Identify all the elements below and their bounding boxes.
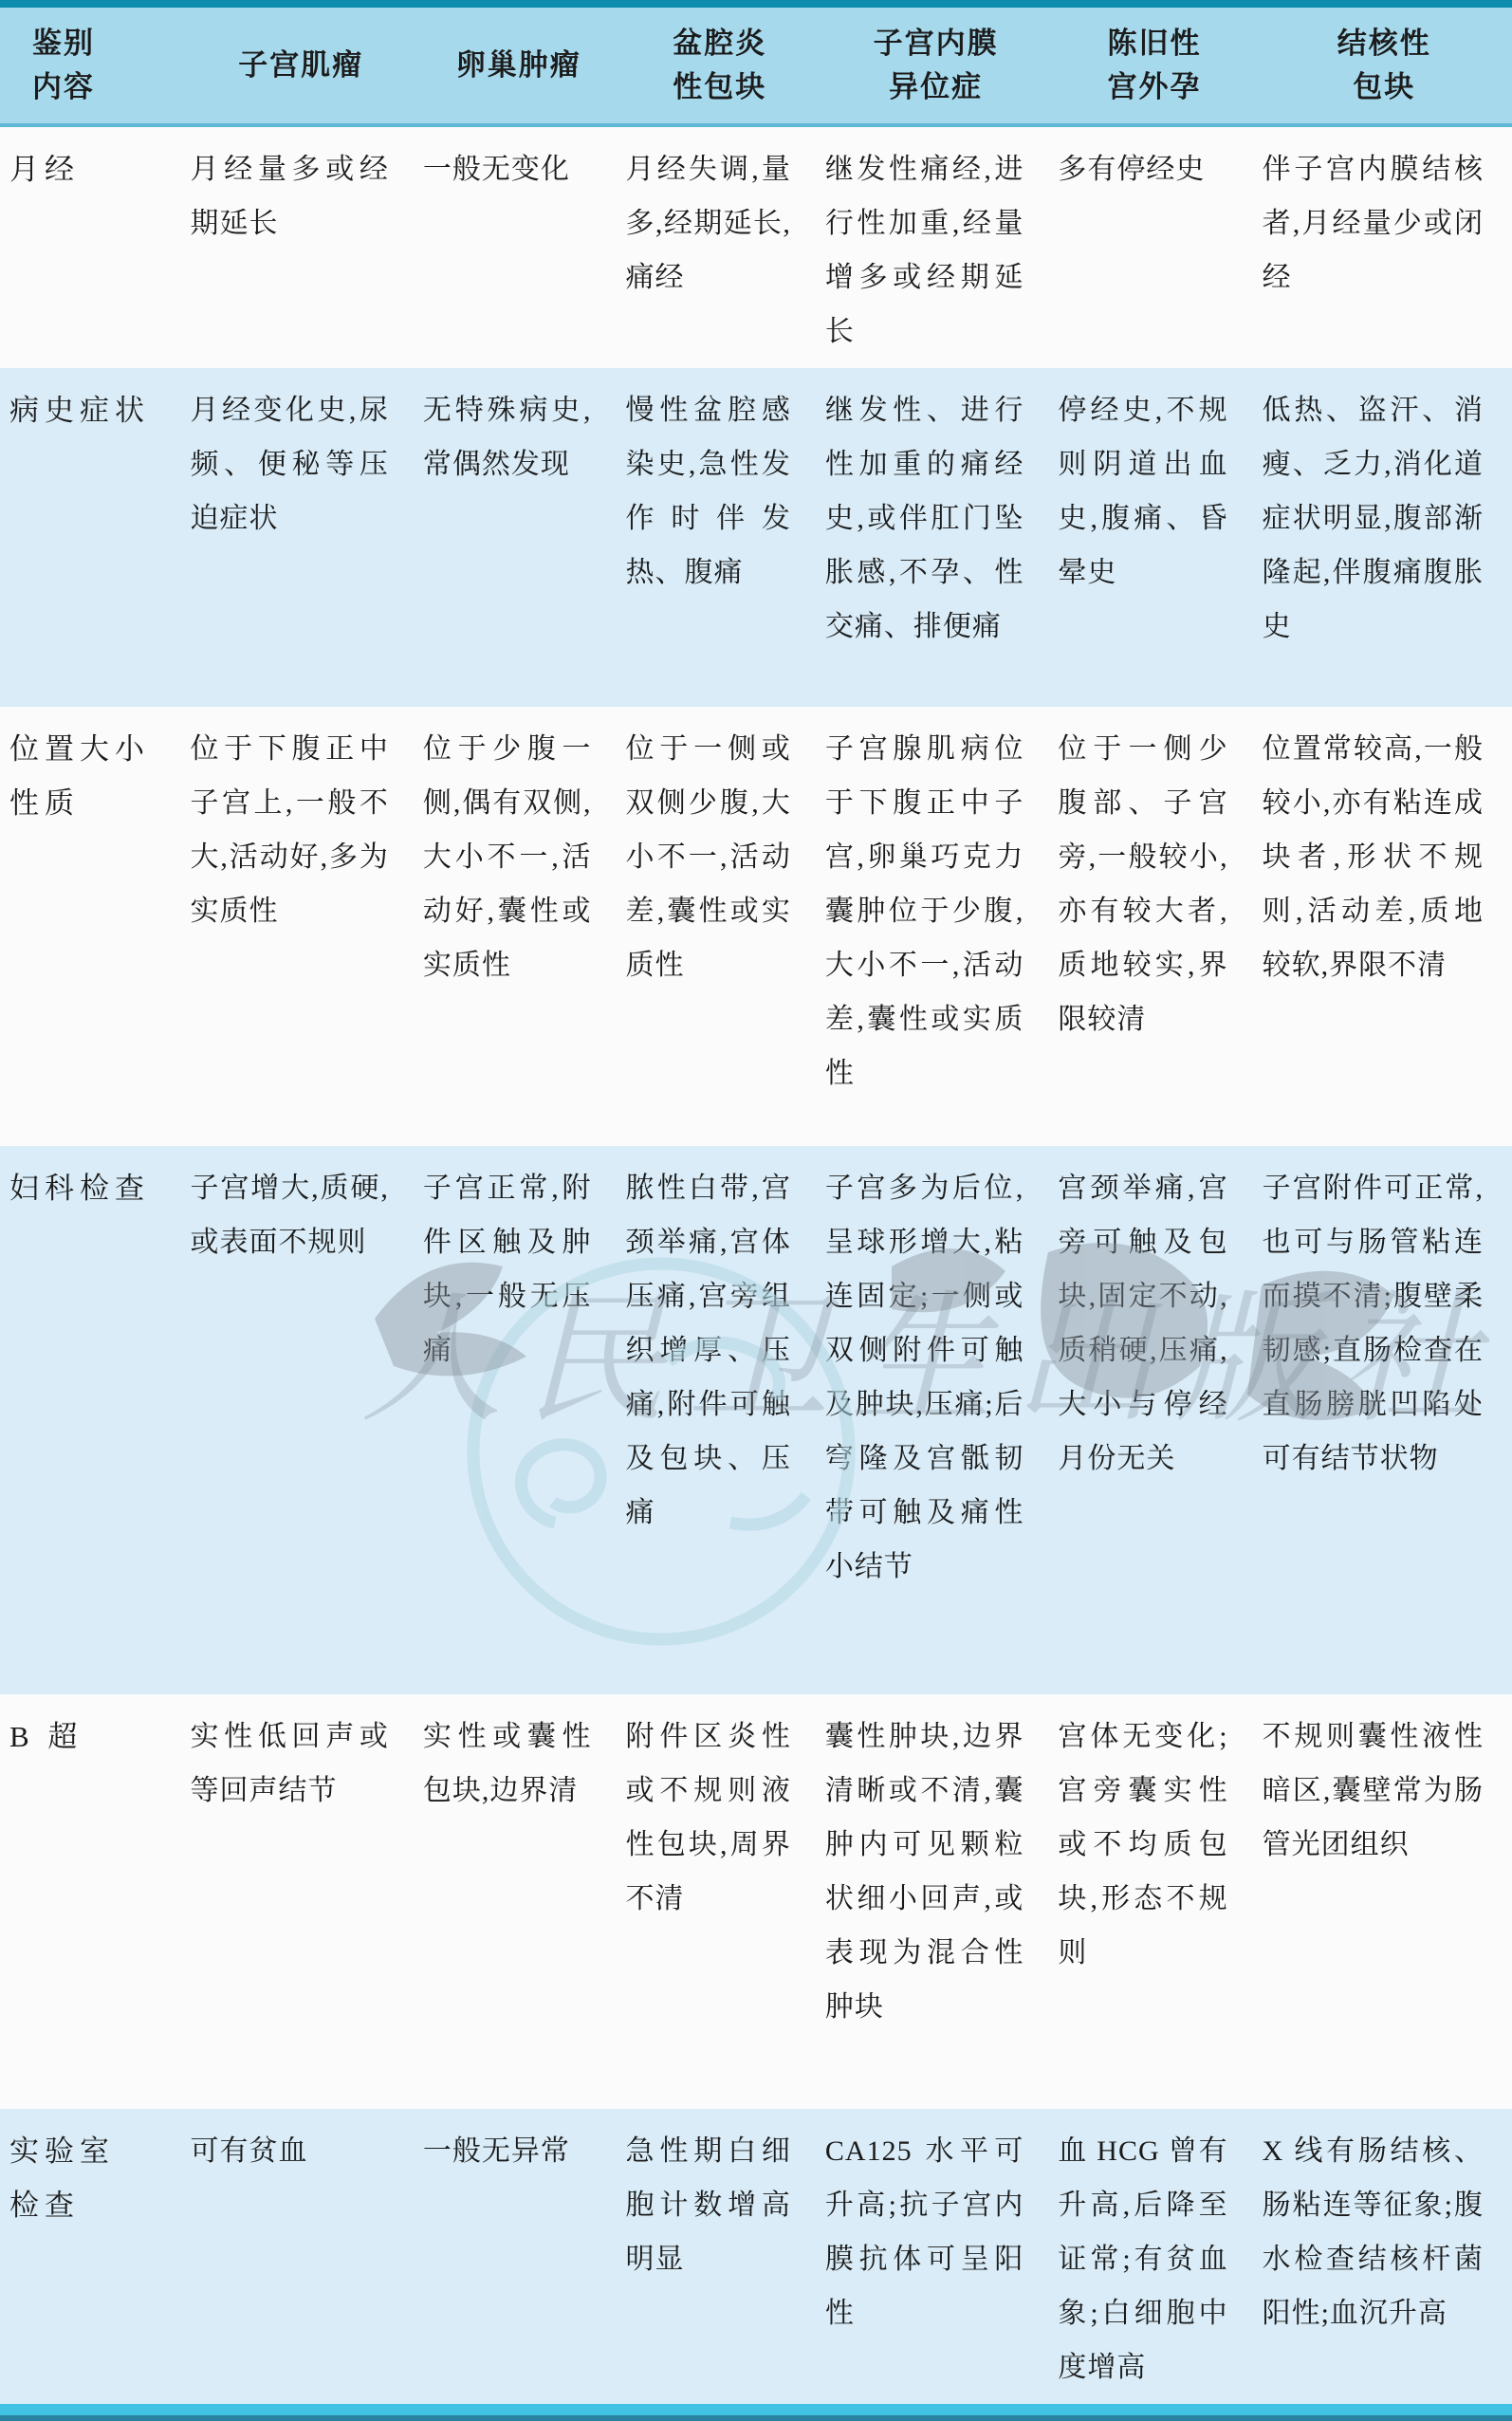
medical-table-page: 鉴别 内容 子宫肌瘤 卵巢肿瘤 盆腔炎 性包块 子宫内膜 异位症 陈旧性 宫外孕… [0,0,1512,2421]
differential-diagnosis-table: 鉴别 内容 子宫肌瘤 卵巢肿瘤 盆腔炎 性包块 子宫内膜 异位症 陈旧性 宫外孕… [0,8,1512,2404]
table-cell: 子宫腺肌病位于下腹正中子宫,卵巢巧克力囊肿位于少腹,大小不一,活动差,囊性或实质… [820,707,1052,1146]
column-header-pelvic-inflammatory-mass: 盆腔炎 性包块 [620,8,820,125]
top-border-strip [0,0,1512,8]
table-cell: 位于一侧或双侧少腹,大小不一,活动差,囊性或实质性 [620,707,820,1146]
table-cell: 月经量多或经期延长 [184,125,416,368]
table-cell: 继发性、进行性加重的痛经史,或伴肛门坠胀感,不孕、性交痛、排便痛 [820,368,1052,707]
table-cell: 宫体无变化;宫旁囊实性或不均质包块,形态不规则 [1052,1694,1256,2109]
row-label: 实验室 检查 [0,2109,184,2404]
table-row-laboratory-exam: 实验室 检查 可有贫血 一般无异常 急性期白细胞计数增高明显 CA125 水平可… [0,2109,1512,2404]
table-cell: 宫颈举痛,宫旁可触及包块,固定不动,质稍硬,压痛,大小与停经月份无关 [1052,1146,1256,1694]
table-row-history-symptoms: 病史症状 月经变化史,尿频、便秘等压迫症状 无特殊病史,常偶然发现 慢性盆腔感染… [0,368,1512,707]
column-header-old-ectopic-pregnancy: 陈旧性 宫外孕 [1052,8,1256,125]
table-cell: CA125 水平可升高;抗子宫内膜抗体可呈阳性 [820,2109,1052,2404]
bottom-border-strip-bright [0,2404,1512,2415]
row-label: 位置大小 性质 [0,707,184,1146]
table-cell: 一般无变化 [417,125,620,368]
table-row-gynecological-exam: 妇科检查 子宫增大,质硬,或表面不规则 子宫正常,附件区触及肿块,一般无压痛 脓… [0,1146,1512,1694]
table-cell: X 线有肠结核、肠粘连等征象;腹水检查结核杆菌阳性;血沉升高 [1257,2109,1512,2404]
bottom-border-strip-dark [0,2415,1512,2421]
column-header-criteria: 鉴别 内容 [0,8,184,125]
table-cell: 多有停经史 [1052,125,1256,368]
table-row-location-size-nature: 位置大小 性质 位于下腹正中子宫上,一般不大,活动好,多为实质性 位于少腹一侧,… [0,707,1512,1146]
table-cell: 附件区炎性或不规则液性包块,周界不清 [620,1694,820,2109]
table-cell: 囊性肿块,边界清晰或不清,囊肿内可见颗粒状细小回声,或表现为混合性肿块 [820,1694,1052,2109]
table-cell: 子宫正常,附件区触及肿块,一般无压痛 [417,1146,620,1694]
table-cell: 血 HCG 曾有升高,后降至证常;有贫血象;白细胞中度增高 [1052,2109,1256,2404]
row-label: 妇科检查 [0,1146,184,1694]
column-header-uterine-fibroid: 子宫肌瘤 [184,8,416,125]
table-cell: 位于一侧少腹部、子宫旁,一般较小,亦有较大者,质地较实,界限较清 [1052,707,1256,1146]
table-cell: 实性低回声或等回声结节 [184,1694,416,2109]
table-cell: 继发性痛经,进行性加重,经量增多或经期延长 [820,125,1052,368]
table-cell: 一般无异常 [417,2109,620,2404]
table-cell: 实性或囊性包块,边界清 [417,1694,620,2109]
column-header-endometriosis: 子宫内膜 异位症 [820,8,1052,125]
table-cell: 月经变化史,尿频、便秘等压迫症状 [184,368,416,707]
table-cell: 子宫多为后位,呈球形增大,粘连固定;一侧或双侧附件可触及肿块,压痛;后穹隆及宫骶… [820,1146,1052,1694]
table-cell: 低热、盗汗、消瘦、乏力,消化道症状明显,腹部渐隆起,伴腹痛腹胀史 [1257,368,1512,707]
table-body: 月经 月经量多或经期延长 一般无变化 月经失调,量多,经期延长,痛经 继发性痛经… [0,125,1512,2404]
column-header-tuberculous-mass: 结核性 包块 [1257,8,1512,125]
table-cell: 停经史,不规则阴道出血史,腹痛、昏晕史 [1052,368,1256,707]
table-cell: 位置常较高,一般较小,亦有粘连成块者,形状不规则,活动差,质地较软,界限不清 [1257,707,1512,1146]
table-cell: 月经失调,量多,经期延长,痛经 [620,125,820,368]
row-label: 病史症状 [0,368,184,707]
table-cell: 子宫附件可正常,也可与肠管粘连而摸不清;腹壁柔韧感;直肠检查在直肠膀胱凹陷处可有… [1257,1146,1512,1694]
table-row-b-ultrasound: B 超 实性低回声或等回声结节 实性或囊性包块,边界清 附件区炎性或不规则液性包… [0,1694,1512,2109]
table-header: 鉴别 内容 子宫肌瘤 卵巢肿瘤 盆腔炎 性包块 子宫内膜 异位症 陈旧性 宫外孕… [0,8,1512,125]
row-label: B 超 [0,1694,184,2109]
table-cell: 伴子宫内膜结核者,月经量少或闭经 [1257,125,1512,368]
table-cell: 急性期白细胞计数增高明显 [620,2109,820,2404]
table-cell: 可有贫血 [184,2109,416,2404]
header-row: 鉴别 内容 子宫肌瘤 卵巢肿瘤 盆腔炎 性包块 子宫内膜 异位症 陈旧性 宫外孕… [0,8,1512,125]
table-cell: 位于下腹正中子宫上,一般不大,活动好,多为实质性 [184,707,416,1146]
table-cell: 不规则囊性液性暗区,囊壁常为肠管光团组织 [1257,1694,1512,2109]
table-row-menstruation: 月经 月经量多或经期延长 一般无变化 月经失调,量多,经期延长,痛经 继发性痛经… [0,125,1512,368]
column-header-ovarian-tumor: 卵巢肿瘤 [417,8,620,125]
table-cell: 子宫增大,质硬,或表面不规则 [184,1146,416,1694]
row-label: 月经 [0,125,184,368]
table-cell: 脓性白带,宫颈举痛,宫体压痛,宫旁组织增厚、压痛,附件可触及包块、压痛 [620,1146,820,1694]
table-cell: 无特殊病史,常偶然发现 [417,368,620,707]
table-cell: 慢性盆腔感染史,急性发作时伴发热、腹痛 [620,368,820,707]
table-cell: 位于少腹一侧,偶有双侧,大小不一,活动好,囊性或实质性 [417,707,620,1146]
